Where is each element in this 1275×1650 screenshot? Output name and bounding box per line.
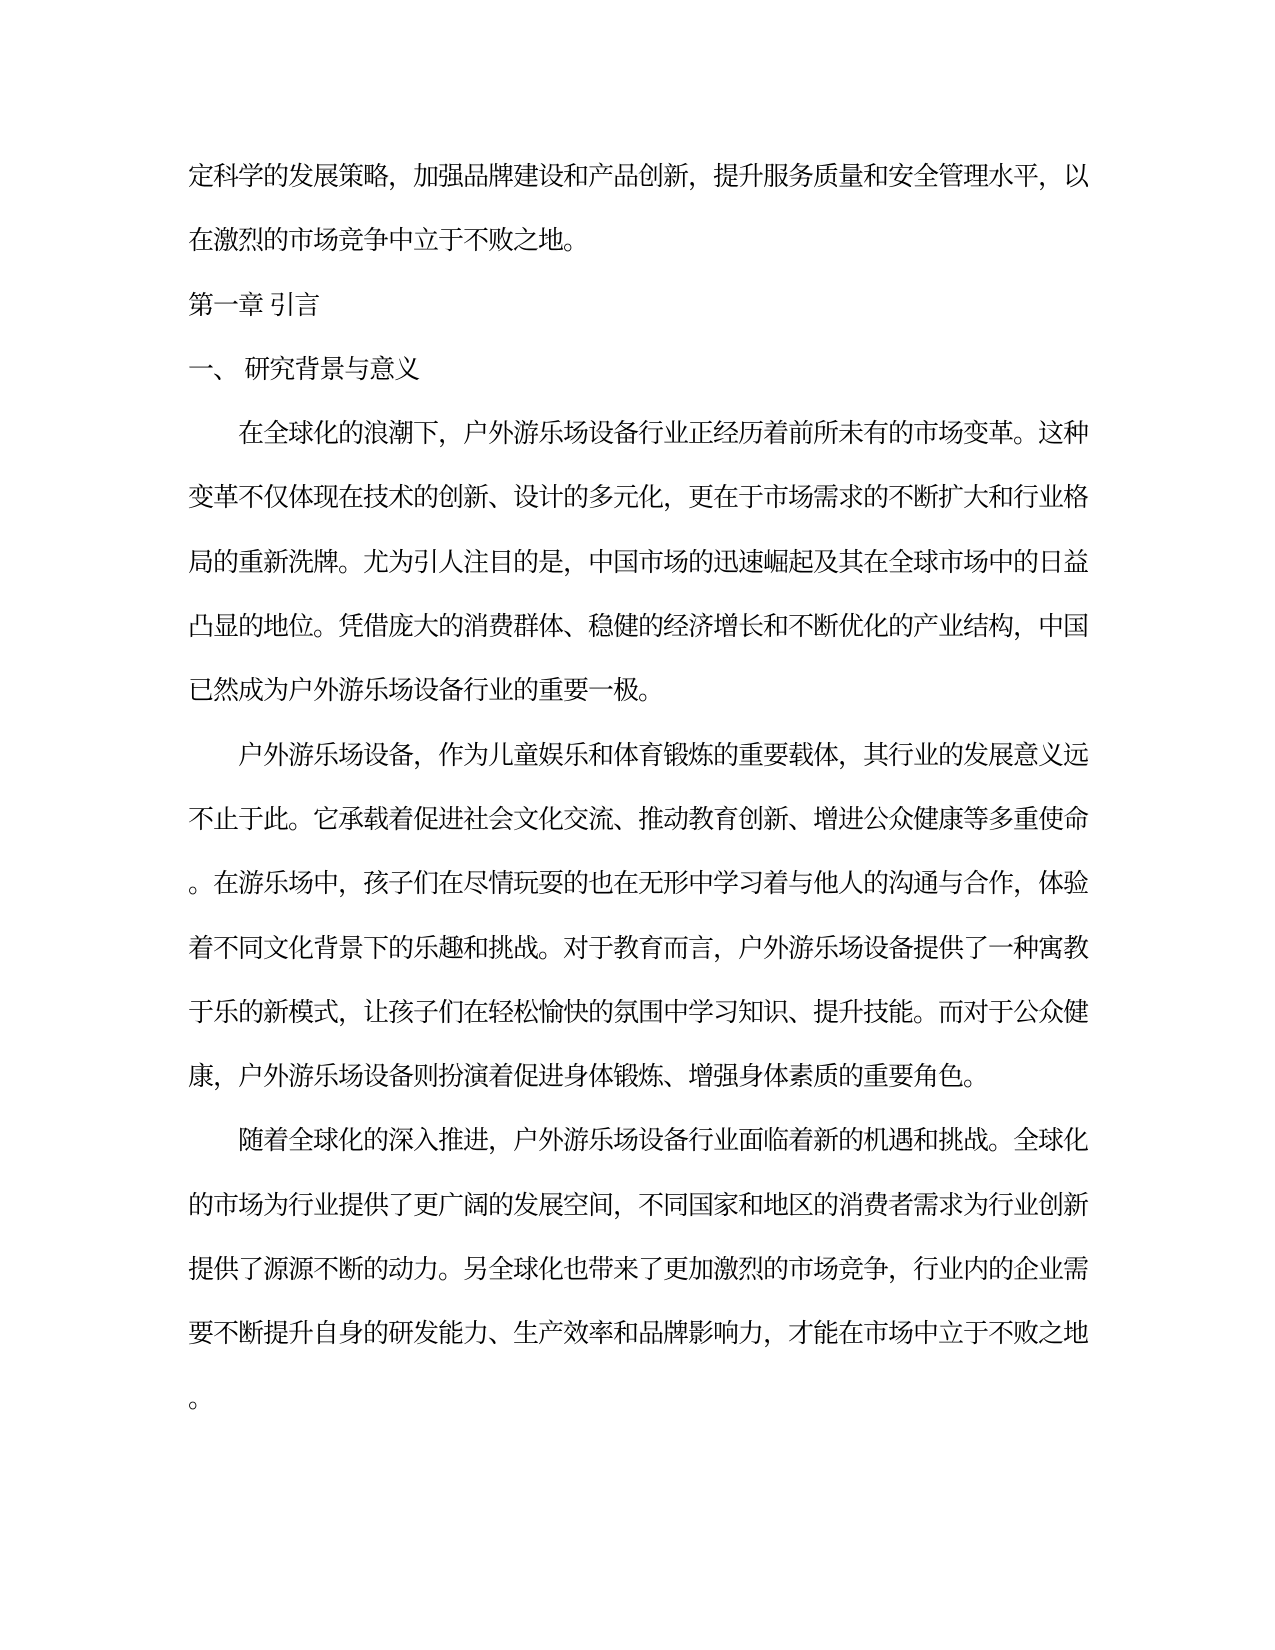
text-line: 提供了源源不断的动力。另全球化也带来了更加激烈的市场竞争，行业内的企业需 <box>188 1237 1093 1301</box>
document-page: 定科学的发展策略，加强品牌建设和产品创新，提升服务质量和安全管理水平，以 在激烈… <box>0 0 1275 1650</box>
text-line: 在全球化的浪潮下，户外游乐场设备行业正经历着前所未有的市场变革。这种 <box>188 401 1093 465</box>
text-block: 定科学的发展策略，加强品牌建设和产品创新，提升服务质量和安全管理水平，以 在激烈… <box>188 144 1093 1430</box>
text-line: 康，户外游乐场设备则扮演着促进身体锻炼、增强身体素质的重要角色。 <box>188 1044 1093 1108</box>
text-line: 着不同文化背景下的乐趣和挑战。对于教育而言，户外游乐场设备提供了一种寓教 <box>188 916 1093 980</box>
text-line: 要不断提升自身的研发能力、生产效率和品牌影响力，才能在市场中立于不败之地 <box>188 1301 1093 1365</box>
text-line: 。 <box>188 1366 1093 1430</box>
text-line: 随着全球化的深入推进，户外游乐场设备行业面临着新的机遇和挑战。全球化 <box>188 1108 1093 1172</box>
text-line: 局的重新洗牌。尤为引人注目的是，中国市场的迅速崛起及其在全球市场中的日益 <box>188 530 1093 594</box>
text-line: 在激烈的市场竞争中立于不败之地。 <box>188 208 1093 272</box>
text-line: 户外游乐场设备，作为儿童娱乐和体育锻炼的重要载体，其行业的发展意义远 <box>188 723 1093 787</box>
text-line: 定科学的发展策略，加强品牌建设和产品创新，提升服务质量和安全管理水平，以 <box>188 144 1093 208</box>
text-line: 。在游乐场中，孩子们在尽情玩耍的也在无形中学习着与他人的沟通与合作，体验 <box>188 851 1093 915</box>
text-line: 变革不仅体现在技术的创新、设计的多元化，更在于市场需求的不断扩大和行业格 <box>188 465 1093 529</box>
text-line: 于乐的新模式，让孩子们在轻松愉快的氛围中学习知识、提升技能。而对于公众健 <box>188 980 1093 1044</box>
text-line: 凸显的地位。凭借庞大的消费群体、稳健的经济增长和不断优化的产业结构，中国 <box>188 594 1093 658</box>
section-heading: 一、 研究背景与意义 <box>188 337 1093 401</box>
text-line: 的市场为行业提供了更广阔的发展空间，不同国家和地区的消费者需求为行业创新 <box>188 1173 1093 1237</box>
chapter-heading: 第一章 引言 <box>188 273 1093 337</box>
text-line: 不止于此。它承载着促进社会文化交流、推动教育创新、增进公众健康等多重使命 <box>188 787 1093 851</box>
text-line: 已然成为户外游乐场设备行业的重要一极。 <box>188 658 1093 722</box>
